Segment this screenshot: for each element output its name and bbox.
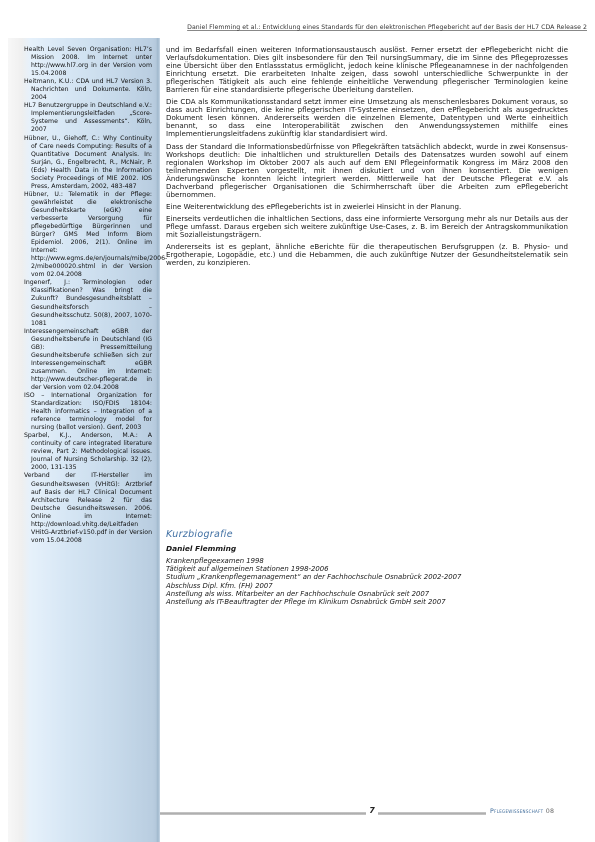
biography-line: Tätigkeit auf allgemeinen Stationen 1998…: [166, 565, 568, 573]
journal-title: Pflegewissenschaft: [490, 808, 543, 815]
journal-issue: 08: [546, 808, 555, 815]
reference-item: Sparbel, K.J., Anderson, M.A.: A continu…: [24, 432, 152, 472]
short-biography: Kurzbiografie Daniel Flemming Krankenpfl…: [166, 529, 568, 606]
reference-item: Hübner, U.: Telematik in der Pflege: gew…: [24, 191, 152, 280]
reference-item: Heitmann, K.U.: CDA und HL7 Version 3. N…: [24, 78, 152, 102]
biography-line: Studium „Krankenpflegemanagement“ an der…: [166, 573, 568, 581]
body-paragraph: Dass der Standard die Informationsbedürf…: [166, 143, 568, 199]
biography-line: Anstellung als IT-Beauftragter der Pfleg…: [166, 598, 568, 606]
reference-list: Health Level Seven Organisation: HL7’s M…: [24, 46, 152, 545]
body-paragraph: und im Bedarfsfall einen weiteren Inform…: [166, 46, 568, 94]
biography-line: Krankenpflegeexamen 1998: [166, 557, 568, 565]
body-paragraph: Andererseits ist es geplant, ähnliche eB…: [166, 243, 568, 267]
reference-item: Ingenerf, J.: Terminologien oder Klassif…: [24, 279, 152, 327]
biography-line: Anstellung als wiss. Mitarbeiter an der …: [166, 590, 568, 598]
body-paragraph: Einerseits verdeutlichen die inhaltliche…: [166, 215, 568, 239]
reference-item: HL7 Benutzergruppe in Deutschland e.V.: …: [24, 102, 152, 134]
reference-item: Hübner, U., Giehoff, C.: Why Continuity …: [24, 135, 152, 191]
biography-line: Abschluss Dipl. Kfm. (FH) 2007: [166, 582, 568, 590]
biography-heading: Kurzbiografie: [166, 529, 568, 540]
body-paragraph: Die CDA als Kommunikationsstandard setzt…: [166, 98, 568, 138]
page-number: 7: [367, 806, 377, 815]
author-name: Daniel Flemming: [166, 544, 568, 553]
journal-name: Pflegewissenschaft 08: [490, 808, 554, 815]
reference-item: Interessengemeinschaft eGBR der Gesundhe…: [24, 328, 152, 392]
reference-item: Health Level Seven Organisation: HL7’s M…: [24, 46, 152, 78]
reference-item: Verband der IT-Hersteller im Gesundheits…: [24, 472, 152, 544]
running-header: Daniel Flemming et al.: Entwicklung eine…: [90, 24, 587, 31]
main-text-column: und im Bedarfsfall einen weiteren Inform…: [166, 46, 568, 271]
footer-rule-right: [378, 812, 486, 815]
reference-item: ISO – International Organization for Sta…: [24, 392, 152, 432]
body-paragraph: Eine Weiterentwicklung des ePflegeberich…: [166, 203, 568, 211]
footer-rule-left: [160, 812, 366, 815]
